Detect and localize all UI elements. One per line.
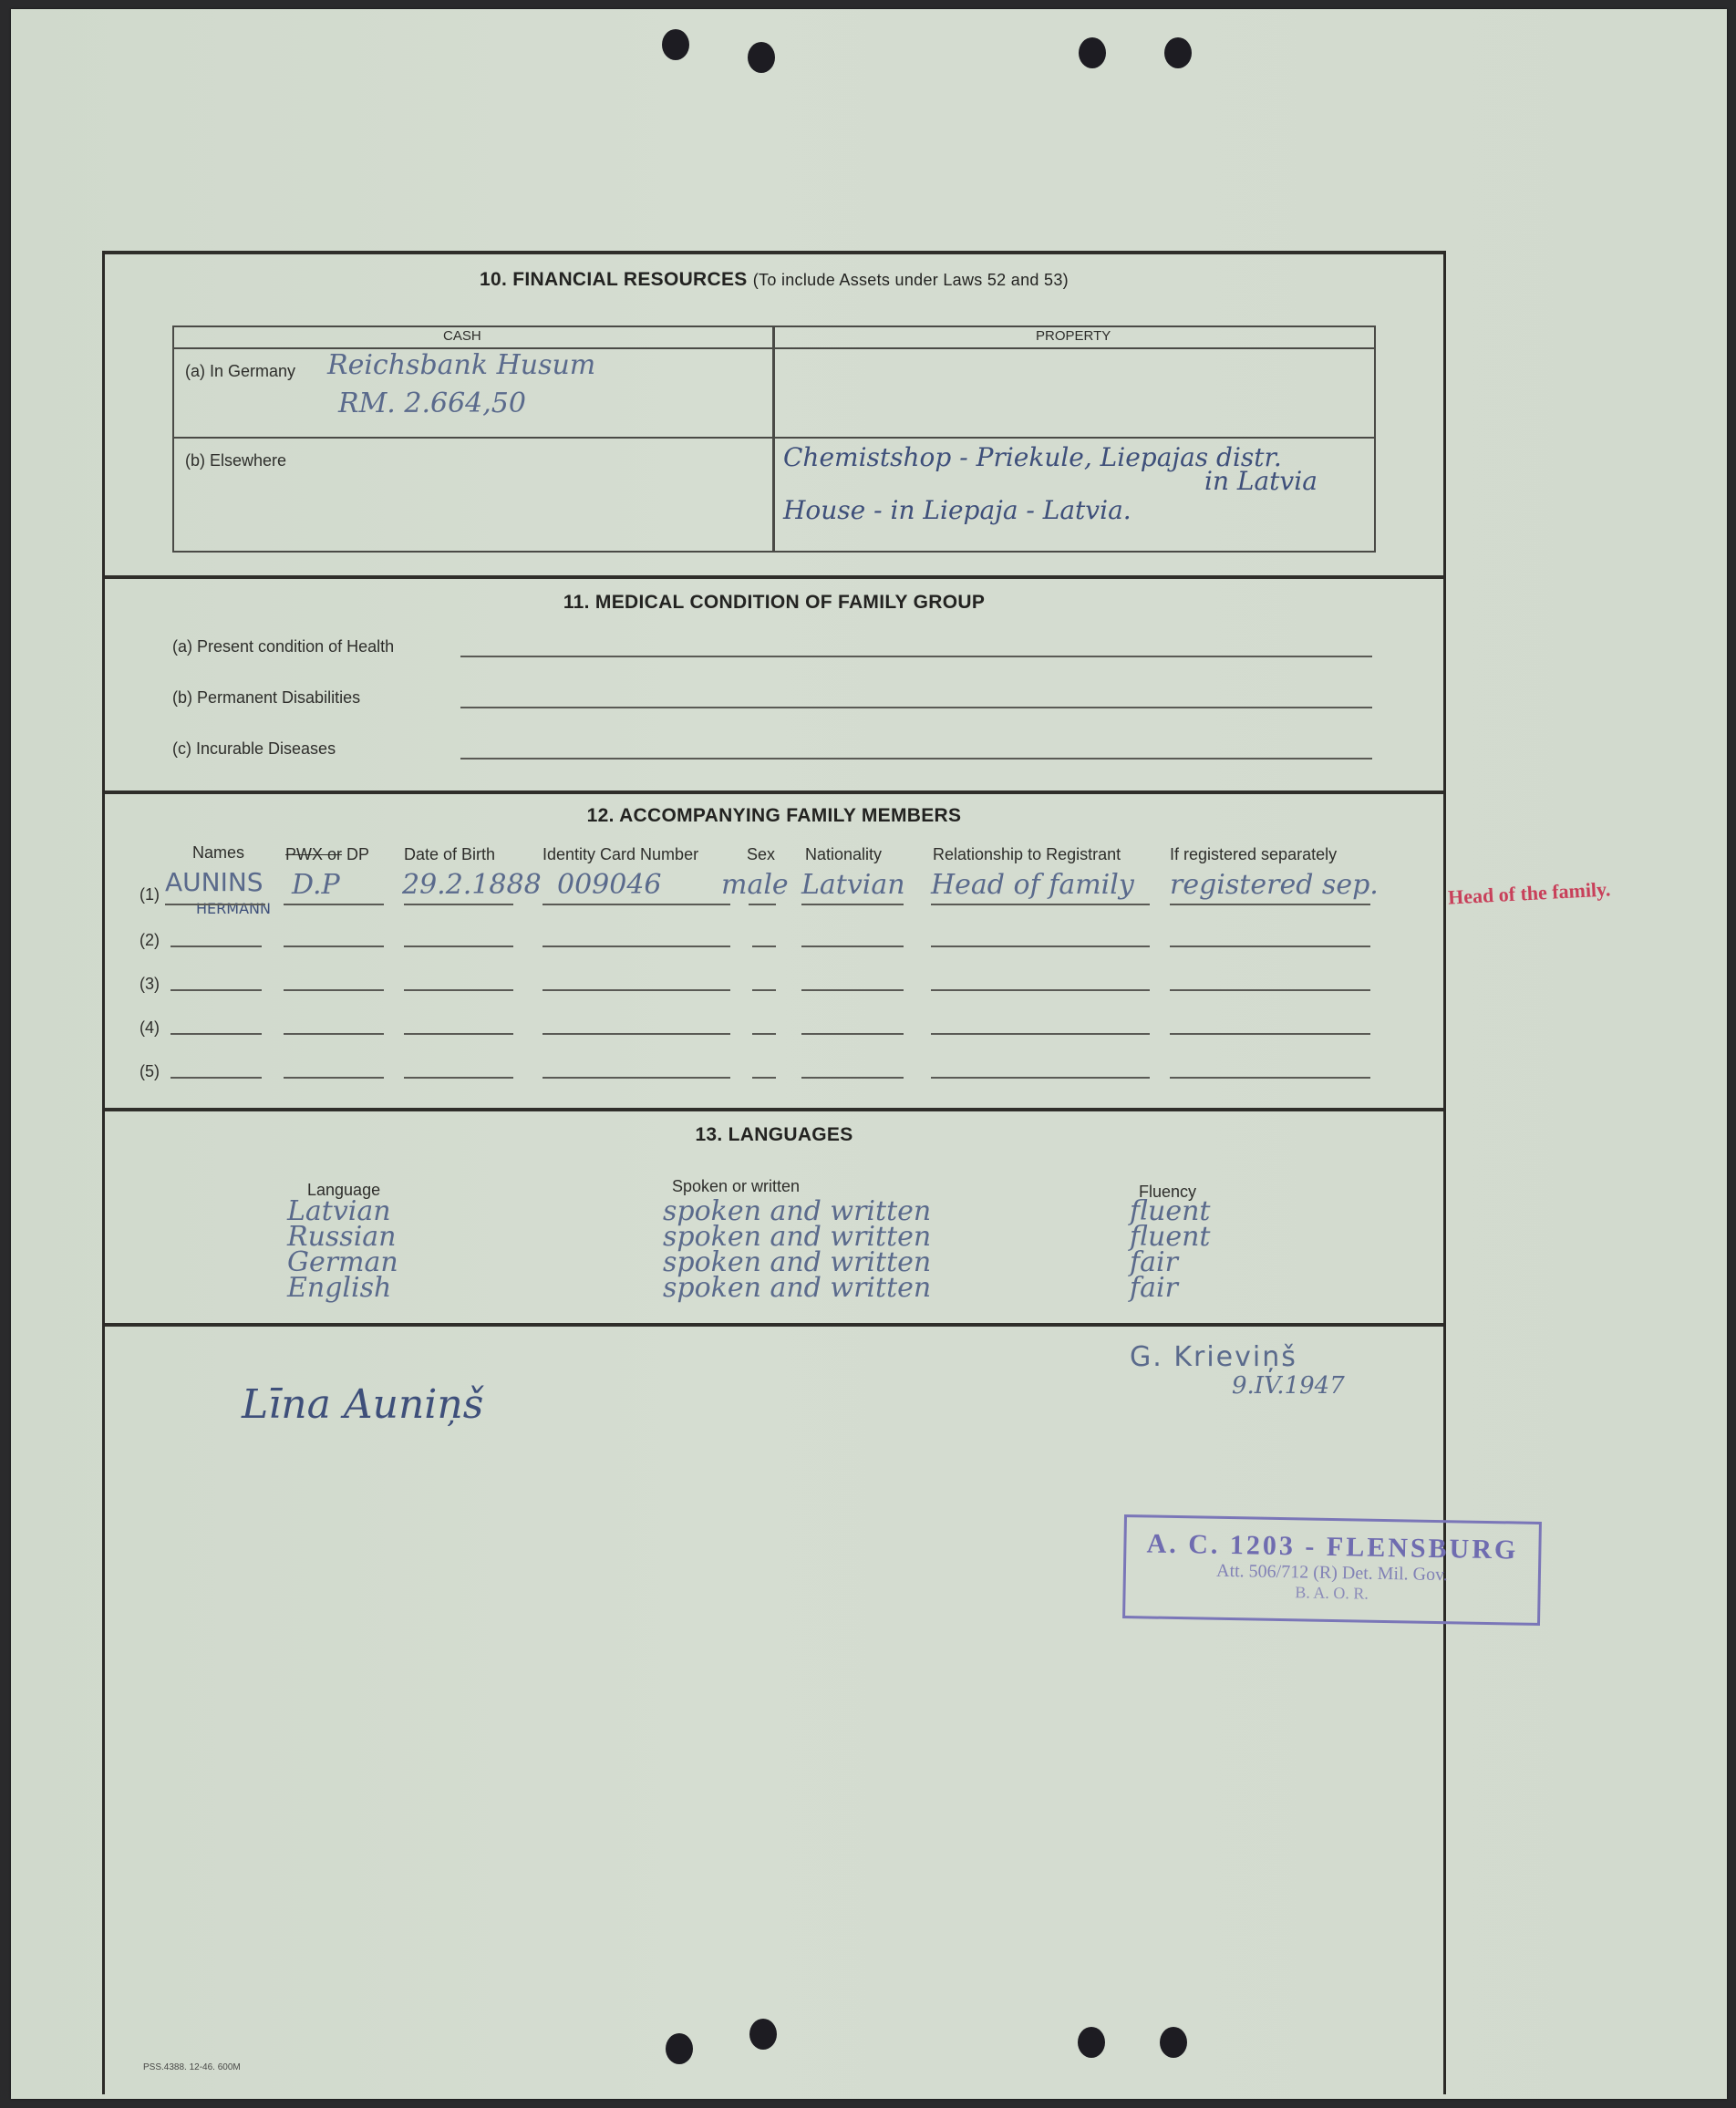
col-id-card: Identity Card Number	[542, 845, 698, 864]
dob-field[interactable]	[404, 1077, 513, 1079]
family-row-2: (2)	[105, 931, 1443, 967]
member-sex[interactable]: male	[721, 869, 789, 901]
head-of-family-stamp: Head of the family.	[1447, 877, 1611, 909]
punch-hole	[1079, 37, 1106, 68]
names-field[interactable]	[170, 1033, 262, 1035]
id-field[interactable]	[542, 1077, 730, 1079]
col-property-header: PROPERTY	[1036, 328, 1111, 344]
id-field[interactable]	[542, 945, 730, 947]
nationality-field[interactable]	[801, 1077, 904, 1079]
section-title-text: 10. FINANCIAL RESOURCES	[480, 269, 748, 290]
relationship-field[interactable]	[931, 1077, 1150, 1079]
row-number: (4)	[139, 1018, 160, 1038]
diseases-label: (c) Incurable Diseases	[172, 739, 336, 759]
member-given-name[interactable]: HERMANN	[196, 900, 271, 917]
relationship-field[interactable]	[931, 945, 1150, 947]
cash-germany-line2[interactable]: RM. 2.664,50	[338, 387, 526, 419]
financial-table: CASH PROPERTY (a) In Germany Reichsbank …	[172, 325, 1376, 553]
applicant-signature: Līna Auniņš	[242, 1381, 483, 1428]
member-registered[interactable]: registered sep.	[1170, 869, 1379, 901]
col-pwx-struck: PWX or	[285, 845, 342, 864]
section-medical-condition: 11. MEDICAL CONDITION OF FAMILY GROUP (a…	[105, 575, 1443, 794]
field-underline	[931, 904, 1150, 905]
col-sex: Sex	[747, 845, 775, 864]
names-field[interactable]	[170, 989, 262, 991]
official-date: 9.IV.1947	[1232, 1372, 1345, 1400]
section-subtitle: (To include Assets under Laws 52 and 53)	[753, 271, 1069, 289]
member-dob[interactable]: 29.2.1888	[402, 869, 542, 901]
sex-field[interactable]	[752, 945, 776, 947]
field-underline	[801, 904, 904, 905]
member-nationality[interactable]: Latvian	[801, 869, 905, 901]
col-relationship: Relationship to Registrant	[933, 845, 1121, 864]
member-relationship[interactable]: Head of family	[931, 869, 1134, 901]
language-mode[interactable]: spoken and written	[663, 1272, 931, 1304]
col-registered: If registered separately	[1170, 845, 1337, 864]
dp-field[interactable]	[284, 1033, 384, 1035]
form-frame: 10. FINANCIAL RESOURCES (To include Asse…	[102, 251, 1446, 2094]
dp-field[interactable]	[284, 1077, 384, 1079]
names-field[interactable]	[170, 1077, 262, 1079]
registered-field[interactable]	[1170, 1077, 1370, 1079]
member-surname[interactable]: AUNINS	[165, 867, 263, 897]
row-number: (3)	[139, 975, 160, 994]
field-underline	[749, 904, 776, 905]
section-languages: 13. LANGUAGES Language Spoken or written…	[105, 1108, 1443, 1327]
dob-field[interactable]	[404, 945, 513, 947]
row-number: (5)	[139, 1062, 160, 1081]
health-label: (a) Present condition of Health	[172, 637, 394, 656]
family-row-3: (3)	[105, 975, 1443, 1011]
sex-field[interactable]	[752, 989, 776, 991]
section-title: 13. LANGUAGES	[105, 1124, 1443, 1146]
field-underline	[542, 904, 730, 905]
col-dob: Date of Birth	[404, 845, 495, 864]
signature-area: Līna Auniņš G. Krieviņš 9.IV.1947	[105, 1323, 1443, 2098]
section-title: 10. FINANCIAL RESOURCES (To include Asse…	[105, 269, 1443, 291]
id-field[interactable]	[542, 989, 730, 991]
flensburg-office-stamp: A. C. 1203 - FLENSBURG Att. 506/712 (R) …	[1122, 1514, 1542, 1626]
field-underline	[165, 904, 265, 905]
family-row-5: (5)	[105, 1062, 1443, 1099]
col-nationality: Nationality	[805, 845, 882, 864]
dp-field[interactable]	[284, 945, 384, 947]
language-name[interactable]: English	[287, 1272, 391, 1304]
col-dp: DP	[346, 845, 369, 864]
col-cash-header: CASH	[443, 328, 481, 344]
property-elsewhere-line3[interactable]: House - in Liepaja - Latvia.	[783, 495, 1131, 525]
section-title: 12. ACCOMPANYING FAMILY MEMBERS	[105, 805, 1443, 827]
disabilities-label: (b) Permanent Disabilities	[172, 688, 360, 708]
language-fluency[interactable]: fair	[1130, 1272, 1178, 1304]
document-page: 10. FINANCIAL RESOURCES (To include Asse…	[11, 9, 1727, 2099]
family-row-4: (4)	[105, 1018, 1443, 1055]
relationship-field[interactable]	[931, 1033, 1150, 1035]
diseases-field[interactable]	[460, 758, 1372, 759]
registered-field[interactable]	[1170, 989, 1370, 991]
field-underline	[404, 904, 513, 905]
col-spoken-written: Spoken or written	[672, 1177, 800, 1196]
relationship-field[interactable]	[931, 989, 1150, 991]
member-pwx-dp[interactable]: D.P	[292, 869, 340, 901]
column-divider	[772, 327, 775, 551]
dp-field[interactable]	[284, 989, 384, 991]
punch-hole	[1164, 37, 1192, 68]
col-names: Names	[192, 843, 244, 863]
registered-field[interactable]	[1170, 945, 1370, 947]
registered-field[interactable]	[1170, 1033, 1370, 1035]
punch-hole	[662, 29, 689, 60]
section-financial-resources: 10. FINANCIAL RESOURCES (To include Asse…	[105, 251, 1443, 579]
nationality-field[interactable]	[801, 945, 904, 947]
section-title: 11. MEDICAL CONDITION OF FAMILY GROUP	[105, 592, 1443, 614]
row-number: (2)	[139, 931, 160, 950]
punch-hole	[748, 42, 775, 73]
row-a-label: (a) In Germany	[185, 362, 295, 381]
dob-field[interactable]	[404, 1033, 513, 1035]
dob-field[interactable]	[404, 989, 513, 991]
field-underline	[284, 904, 384, 905]
sex-field[interactable]	[752, 1033, 776, 1035]
field-underline	[1170, 904, 1370, 905]
form-print-code: PSS.4388. 12-46. 600M	[143, 2062, 241, 2072]
nationality-field[interactable]	[801, 1033, 904, 1035]
sex-field[interactable]	[752, 1077, 776, 1079]
names-field[interactable]	[170, 945, 262, 947]
disabilities-field[interactable]	[460, 707, 1372, 708]
official-signature: G. Krieviņš	[1130, 1341, 1297, 1373]
section-family-members: 12. ACCOMPANYING FAMILY MEMBERS Names PW…	[105, 790, 1443, 1111]
row-b-label: (b) Elsewhere	[185, 451, 286, 470]
health-field[interactable]	[460, 656, 1372, 657]
row-divider	[174, 437, 1374, 439]
cash-germany-line1[interactable]: Reichsbank Husum	[327, 349, 595, 381]
row-number: (1)	[139, 885, 160, 904]
nationality-field[interactable]	[801, 989, 904, 991]
property-elsewhere-line2[interactable]: in Latvia	[1204, 466, 1317, 496]
member-id-card[interactable]: 009046	[557, 869, 662, 901]
id-field[interactable]	[542, 1033, 730, 1035]
